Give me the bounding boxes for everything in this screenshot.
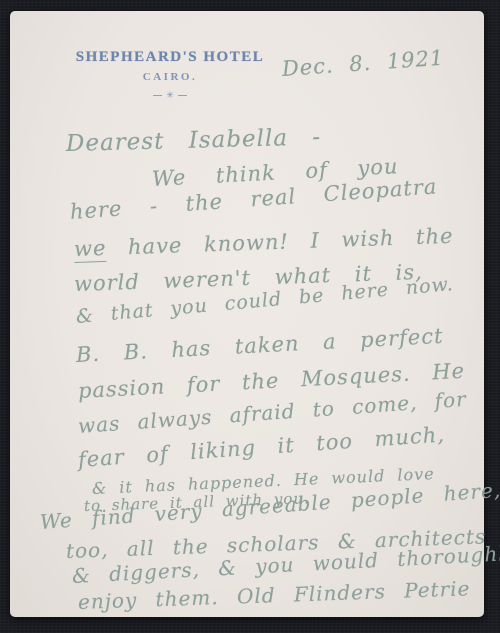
letter-line: B. B. has taken a perfect — [75, 324, 444, 367]
salutation: Dearest Isabella - — [66, 124, 322, 157]
photo-background: SHEPHEARD'S HOTEL CAIRO. ✳ Dec. 8. 1921 … — [0, 0, 500, 633]
letter-line-text: have known! I wish the — [106, 224, 454, 260]
letter-line: we have known! I wish the — [74, 224, 454, 261]
letter-paper: SHEPHEARD'S HOTEL CAIRO. ✳ Dec. 8. 1921 … — [10, 11, 484, 617]
letterhead: SHEPHEARD'S HOTEL CAIRO. ✳ — [50, 49, 290, 100]
ornament-dash-left — [153, 95, 162, 96]
letterhead-hotel-name: SHEPHEARD'S HOTEL — [50, 49, 290, 66]
star-ornament-icon: ✳ — [166, 91, 174, 100]
underlined-word: we — [74, 236, 107, 263]
ornament-dash-right — [178, 95, 187, 96]
letter-date: Dec. 8. 1921 — [281, 46, 445, 81]
letterhead-ornament: ✳ — [50, 91, 290, 100]
letterhead-city: CAIRO. — [50, 71, 290, 83]
